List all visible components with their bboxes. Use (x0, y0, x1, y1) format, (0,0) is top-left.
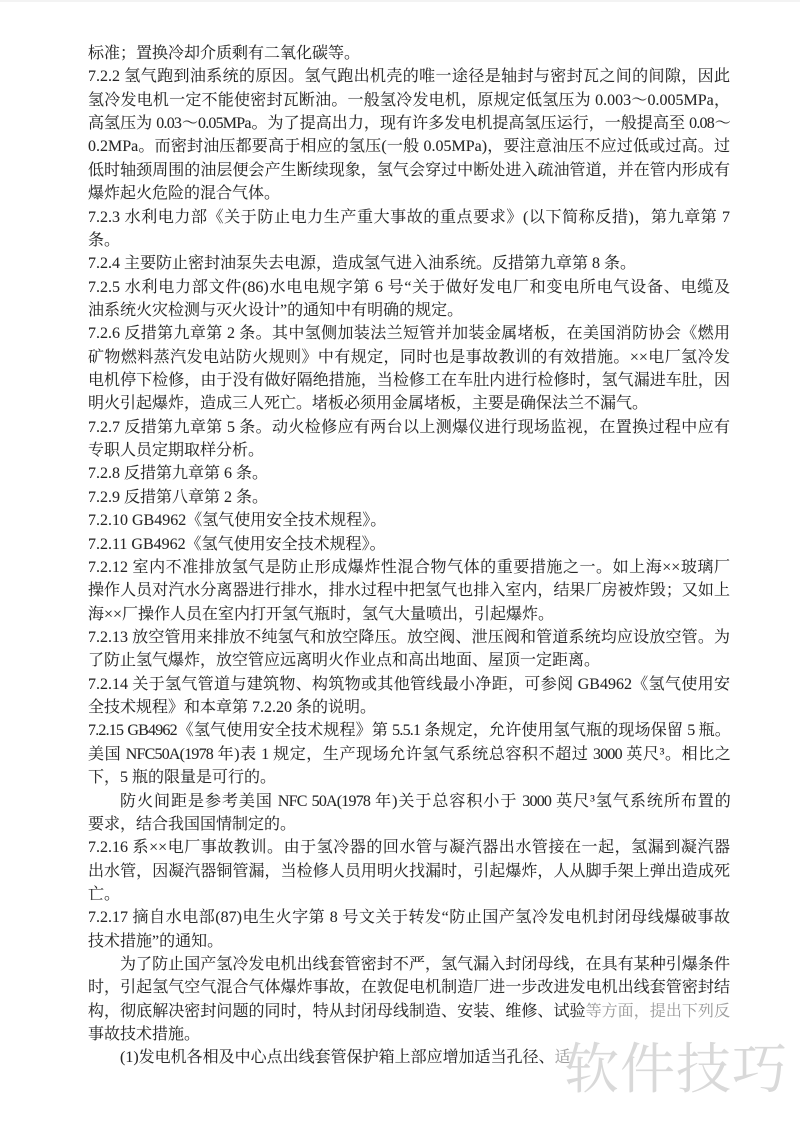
text-line: 高氢压为 0.03～0.05MPa。为了提高出力，现有许多发电机提高氢压运行，一… (88, 112, 730, 135)
line-text: 7.2.10 GB4962《氢气使用安全技术规程》。 (88, 512, 386, 529)
text-line: 亡。 (88, 883, 730, 906)
text-line: 技术措施”的通知。 (88, 930, 730, 953)
text-line: 构，彻底解决密封问题的同时，特从封闭母线制造、安装、维修、试验等方面，提出下列反 (88, 1000, 730, 1023)
text-line: 7.2.10 GB4962《氢气使用安全技术规程》。 (88, 509, 730, 532)
line-text: 7.2.17 摘自水电部(87)电生火字第 8 号文关于转发“防止国产氢冷发电机… (88, 909, 730, 926)
text-line: 美国 NFC50A(1978 年)表 1 规定，生产现场允许氢气系统总容积不超过… (88, 743, 730, 766)
text-line: 7.2.4 主要防止密封油泵失去电源，造成氢气进入油系统。反措第九章第 8 条。 (88, 252, 730, 275)
line-text: 构，彻底解决密封问题的同时，特从封闭母线制造、安装、维修、试验 (88, 1003, 586, 1020)
line-text: 7.2.8 反措第九章第 6 条。 (88, 465, 268, 482)
line-text: 事故技术措施。 (88, 1026, 200, 1043)
line-text: 7.2.15 GB4962《氢气使用安全技术规程》第 5.5.1 条规定，允许使… (88, 722, 730, 739)
text-line: 7.2.13 放空管用来排放不纯氢气和放空降压。放空阀、泄压阀和管道系统均应设放… (88, 626, 730, 649)
line-text: 防火间距是参考美国 NFC 50A(1978 年)关于总容积小于 3000 英尺… (120, 793, 730, 810)
line-text: 7.2.6 反措第九章第 2 条。其中氢侧加装法兰短管并加装金属堵板，在美国消防… (88, 325, 730, 342)
line-text: 7.2.14 关于氢气管道与建筑物、构筑物或其他管线最小净距，可参阅 GB496… (88, 676, 730, 693)
line-text: 亡。 (88, 886, 120, 903)
line-text: 要求，结合我国国情制定的。 (88, 816, 296, 833)
line-text: 了防止氢气爆炸，放空管应远离明火作业点和高出地面、屋顶一定距离。 (88, 652, 600, 669)
line-text: (1)发电机各相及中心点出线套管保护箱上部应增加适当孔径、 (120, 1049, 555, 1066)
line-text: 7.2.9 反措第八章第 2 条。 (88, 489, 268, 506)
line-text: 7.2.13 放空管用来排放不纯氢气和放空降压。放空阀、泄压阀和管道系统均应设放… (88, 629, 730, 646)
line-text: 7.2.5 水利电力部文件(86)水电电规字第 6 号“关于做好发电厂和变电所电… (88, 279, 730, 296)
line-text: 矿物燃料蒸汽发电站防火规则》中有规定，同时也是事故教训的有效措施。××电厂氢冷发 (88, 349, 730, 366)
line-text: 7.2.11 GB4962《氢气使用安全技术规程》。 (88, 536, 386, 553)
text-line: 7.2.11 GB4962《氢气使用安全技术规程》。 (88, 533, 730, 556)
watermark: 软件技巧 (564, 1036, 788, 1102)
text-line: 时，引起氢气空气混合气体爆炸事故，在敦促电机制造厂进一步改进发电机出线套管密封结 (88, 976, 730, 999)
line-text: 低时轴颈周围的油层便会产生断续现象，氢气会穿过中断处进入疏油管道，并在管内形成有 (88, 162, 730, 179)
line-text: 爆炸起火危险的混合气体。 (88, 185, 280, 202)
text-line: 7.2.15 GB4962《氢气使用安全技术规程》第 5.5.1 条规定，允许使… (88, 719, 730, 742)
text-line: 明火引起爆炸，造成三人死亡。堵板必须用金属堵板，主要是确保法兰不漏气。 (88, 392, 730, 415)
text-line: 要求，结合我国国情制定的。 (88, 813, 730, 836)
text-line: 7.2.17 摘自水电部(87)电生火字第 8 号文关于转发“防止国产氢冷发电机… (88, 906, 730, 929)
line-text: 出水管，因凝汽器铜管漏，当检修人员用明火找漏时，引起爆炸，人从脚手架上弹出造成死 (88, 863, 730, 880)
text-line: 操作人员对汽水分离器进行排水，排水过程中把氢气也排入室内，结果厂房被炸毁；又如上 (88, 579, 730, 602)
scan-edge-artifact (0, 0, 800, 2)
line-text: 条。 (88, 232, 120, 249)
line-text: 标准；置换冷却介质剩有二氧化碳等。 (88, 45, 360, 62)
text-line: 全技术规程》和本章第 7.2.20 条的说明。 (88, 696, 730, 719)
text-line: 7.2.3 水利电力部《关于防止电力生产重大事故的重点要求》(以下简称反措)，第… (88, 206, 730, 229)
line-text: 明火引起爆炸，造成三人死亡。堵板必须用金属堵板，主要是确保法兰不漏气。 (88, 395, 648, 412)
line-text: 7.2.7 反措第九章第 5 条。动火检修应有两台以上测爆仪进行现场监视，在置换… (88, 419, 730, 436)
text-line: 下，5 瓶的限量是可行的。 (88, 766, 730, 789)
document-text-block: 标准；置换冷却介质剩有二氧化碳等。7.2.2 氢气跑到油系统的原因。氢气跑出机壳… (88, 42, 730, 1070)
text-line: 7.2.6 反措第九章第 2 条。其中氢侧加装法兰短管并加装金属堵板，在美国消防… (88, 322, 730, 345)
text-line: 油系统火灾检测与灭火设计”的通知中有明确的规定。 (88, 299, 730, 322)
line-text-faded: 等方面，提出下列反 (586, 1003, 730, 1020)
line-text: 高氢压为 0.03～0.05MPa。为了提高出力，现有许多发电机提高氢压运行，一… (88, 115, 730, 132)
text-line: 0.2MPa。而密封油压都要高于相应的氢压(一般 0.05MPa)，要注意油压不… (88, 135, 730, 158)
text-line: 海××厂操作人员在室内打开氢气瓶时，氢气大量喷出，引起爆炸。 (88, 603, 730, 626)
line-text: 0.2MPa。而密封油压都要高于相应的氢压(一般 0.05MPa)，要注意油压不… (88, 138, 730, 155)
line-text: 美国 NFC50A(1978 年)表 1 规定，生产现场允许氢气系统总容积不超过… (88, 746, 730, 763)
text-line: 7.2.2 氢气跑到油系统的原因。氢气跑出机壳的唯一途径是轴封与密封瓦之间的间隙… (88, 65, 730, 88)
line-text: 7.2.2 氢气跑到油系统的原因。氢气跑出机壳的唯一途径是轴封与密封瓦之间的间隙… (88, 68, 730, 85)
line-text: 7.2.12 室内不准排放氢气是防止形成爆炸性混合物气体的重要措施之一。如上海×… (88, 559, 730, 576)
text-line: 7.2.9 反措第八章第 2 条。 (88, 486, 730, 509)
line-text: 技术措施”的通知。 (88, 933, 223, 950)
line-text: 全技术规程》和本章第 7.2.20 条的说明。 (88, 699, 376, 716)
document-page: 标准；置换冷却介质剩有二氧化碳等。7.2.2 氢气跑到油系统的原因。氢气跑出机壳… (0, 0, 800, 1132)
line-text: 专职人员定期取样分析。 (88, 442, 264, 459)
text-line: 7.2.12 室内不准排放氢气是防止形成爆炸性混合物气体的重要措施之一。如上海×… (88, 556, 730, 579)
line-text: 时，引起氢气空气混合气体爆炸事故，在敦促电机制造厂进一步改进发电机出线套管密封结 (88, 979, 730, 996)
text-line: 7.2.8 反措第九章第 6 条。 (88, 462, 730, 485)
text-line: 7.2.7 反措第九章第 5 条。动火检修应有两台以上测爆仪进行现场监视，在置换… (88, 416, 730, 439)
text-line: 矿物燃料蒸汽发电站防火规则》中有规定，同时也是事故教训的有效措施。××电厂氢冷发 (88, 346, 730, 369)
text-line: 氢冷发电机一定不能使密封瓦断油。一般氢冷发电机，原规定低氢压为 0.003～0.… (88, 89, 730, 112)
text-line: 条。 (88, 229, 730, 252)
text-line: 防火间距是参考美国 NFC 50A(1978 年)关于总容积小于 3000 英尺… (88, 790, 730, 813)
text-line: 7.2.5 水利电力部文件(86)水电电规字第 6 号“关于做好发电厂和变电所电… (88, 276, 730, 299)
text-line: 专职人员定期取样分析。 (88, 439, 730, 462)
text-line: 标准；置换冷却介质剩有二氧化碳等。 (88, 42, 730, 65)
line-text: 操作人员对汽水分离器进行排水，排水过程中把氢气也排入室内，结果厂房被炸毁；又如上 (88, 582, 730, 599)
line-text: 为了防止国产氢冷发电机出线套管密封不严，氢气漏入封闭母线，在具有某种引爆条件 (120, 956, 730, 973)
text-line: 出水管，因凝汽器铜管漏，当检修人员用明火找漏时，引起爆炸，人从脚手架上弹出造成死 (88, 860, 730, 883)
text-line: 7.2.14 关于氢气管道与建筑物、构筑物或其他管线最小净距，可参阅 GB496… (88, 673, 730, 696)
line-text: 海××厂操作人员在室内打开氢气瓶时，氢气大量喷出，引起爆炸。 (88, 606, 554, 623)
text-line: 爆炸起火危险的混合气体。 (88, 182, 730, 205)
line-text: 氢冷发电机一定不能使密封瓦断油。一般氢冷发电机，原规定低氢压为 0.003～0.… (88, 92, 730, 109)
line-text: 7.2.4 主要防止密封油泵失去电源，造成氢气进入油系统。反措第九章第 8 条。 (88, 255, 636, 272)
text-line: 电机停下检修，由于没有做好隔绝措施，当检修工在车肚内进行检修时，氢气漏进车肚，因 (88, 369, 730, 392)
line-text: 7.2.3 水利电力部《关于防止电力生产重大事故的重点要求》(以下简称反措)，第… (88, 209, 730, 226)
line-text: 下，5 瓶的限量是可行的。 (88, 769, 276, 786)
line-text: 电机停下检修，由于没有做好隔绝措施，当检修工在车肚内进行检修时，氢气漏进车肚，因 (88, 372, 730, 389)
line-text: 7.2.16 系××电厂事故教训。由于氢冷器的回水管与凝汽器出水管接在一起，氢漏… (88, 839, 730, 856)
text-line: 为了防止国产氢冷发电机出线套管密封不严，氢气漏入封闭母线，在具有某种引爆条件 (88, 953, 730, 976)
text-line: 7.2.16 系××电厂事故教训。由于氢冷器的回水管与凝汽器出水管接在一起，氢漏… (88, 836, 730, 859)
text-line: 低时轴颈周围的油层便会产生断续现象，氢气会穿过中断处进入疏油管道，并在管内形成有 (88, 159, 730, 182)
text-line: 了防止氢气爆炸，放空管应远离明火作业点和高出地面、屋顶一定距离。 (88, 649, 730, 672)
line-text: 油系统火灾检测与灭火设计”的通知中有明确的规定。 (88, 302, 463, 319)
